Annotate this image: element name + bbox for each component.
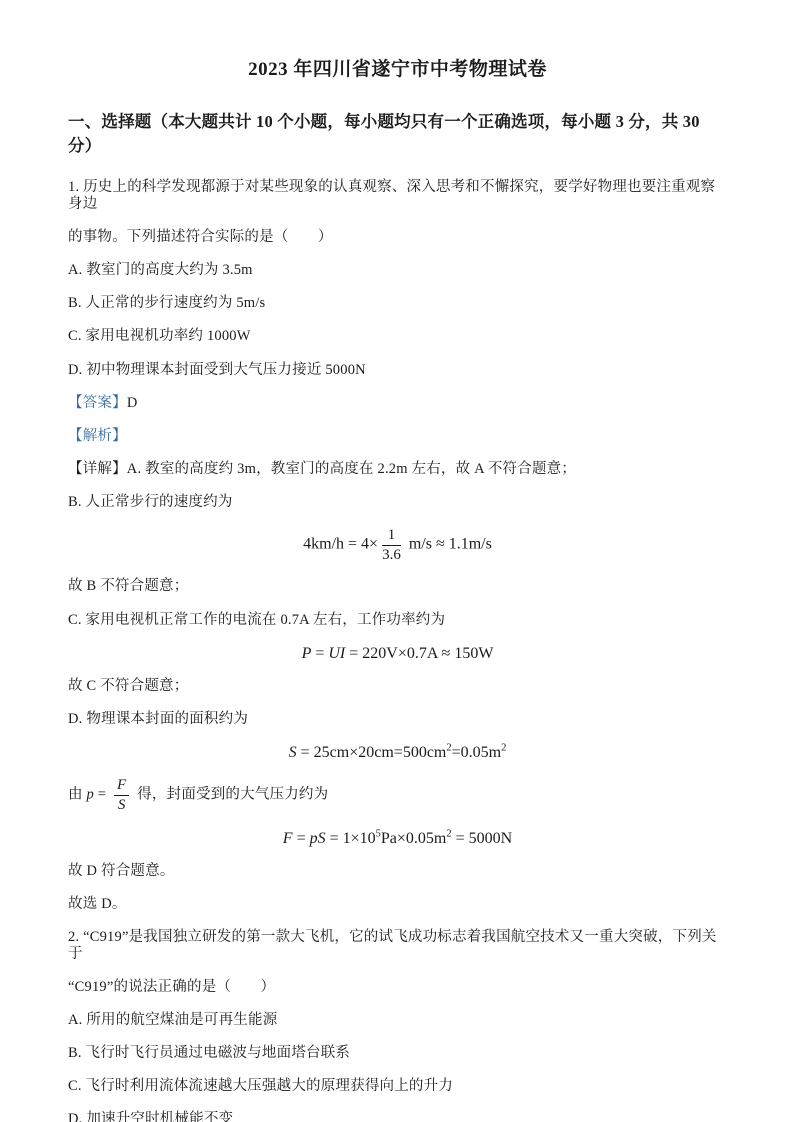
q1-detail-d-conclusion: 故 D 符合题意。 [68, 863, 727, 880]
q2-option-a: A. 所用的航空煤油是可再生能源 [68, 1012, 727, 1029]
q1-pressure-inline: 由 p = FS 得，封面受到的大气压力约为 [68, 777, 727, 813]
q2-stem-line2: “C919”的说法正确的是（ ） [68, 979, 727, 996]
q1-detail-b-intro: B. 人正常步行的速度约为 [68, 494, 727, 511]
q1-detail-c-conclusion: 故 C 不符合题意； [68, 678, 727, 695]
q1-option-c: C. 家用电视机功率约 1000W [68, 328, 727, 345]
section-heading: 一、选择题（本大题共计 10 个小题，每小题均只有一个正确选项，每小题 3 分，… [68, 108, 727, 156]
q1-formula-force: F = pS = 1×105Pa×0.05m2 = 5000N [68, 830, 727, 848]
q1-final-answer: 故选 D。 [68, 896, 727, 913]
analysis-label: 【解析】 [68, 428, 127, 444]
q1-detail-d-intro: D. 物理课本封面的面积约为 [68, 711, 727, 728]
q1-answer-row: 【答案】D [68, 395, 727, 412]
q1-formula-speed: 4km/h = 4×13.6 m/s ≈ 1.1m/s [68, 527, 727, 563]
q1-detail-c-intro: C. 家用电视机正常工作的电流在 0.7A 左右，工作功率约为 [68, 612, 727, 629]
q2-option-c: C. 飞行时利用流体流速越大压强越大的原理获得向上的升力 [68, 1078, 727, 1095]
answer-value: D [127, 395, 138, 411]
q1-option-d: D. 初中物理课本封面受到大气压力接近 5000N [68, 362, 727, 379]
q1-option-b: B. 人正常的步行速度约为 5m/s [68, 295, 727, 312]
q1-stem-line2: 的事物。下列描述符合实际的是（ ） [68, 229, 727, 246]
q2-option-d: D. 加速升空时机械能不变 [68, 1111, 727, 1122]
q1-detail-b-conclusion: 故 B 不符合题意； [68, 578, 727, 595]
q2-option-b: B. 飞行时飞行员通过电磁波与地面塔台联系 [68, 1045, 727, 1062]
exam-paper-page: 2023 年四川省遂宁市中考物理试卷 一、选择题（本大题共计 10 个小题，每小… [0, 0, 793, 1122]
q2-stem-line1: 2. “C919”是我国独立研发的第一款大飞机，它的试飞成功标志着我国航空技术又… [68, 929, 727, 962]
q1-analysis-label: 【解析】 [68, 428, 727, 445]
q1-formula-area: S = 25cm×20cm=500cm2=0.05m2 [68, 744, 727, 762]
q1-option-a: A. 教室门的高度大约为 3.5m [68, 262, 727, 279]
q1-detail-a: 【详解】A. 教室的高度约 3m，教室门的高度在 2.2m 左右，故 A 不符合… [68, 461, 727, 478]
q1-stem-line1: 1. 历史上的科学发现都源于对某些现象的认真观察、深入思考和不懈探究，要学好物理… [68, 179, 727, 212]
answer-label: 【答案】 [68, 395, 127, 411]
q1-formula-power: P = UI = 220V×0.7A ≈ 150W [68, 645, 727, 663]
page-title: 2023 年四川省遂宁市中考物理试卷 [68, 54, 727, 81]
